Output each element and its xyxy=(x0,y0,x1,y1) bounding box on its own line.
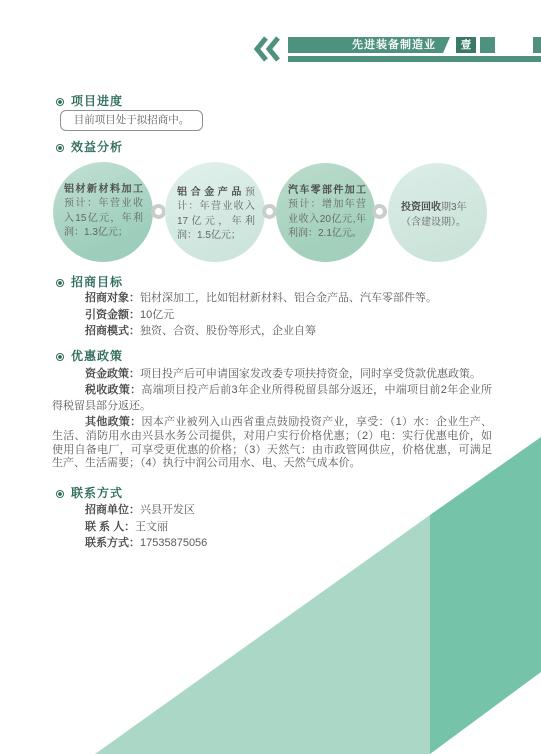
policy-row: 资金政策：项目投产后可申请国家发改委专项扶持资金，同时享受贷款优惠政策。 xyxy=(52,366,492,382)
section-benefit-analysis: 效益分析 xyxy=(56,141,123,154)
policy-tax-row: 税收政策：高端项目投产后前3年企业所得税留县部分返还，中端项目前2年企业所得税留… xyxy=(52,382,492,414)
policy-funding-row: 资金政策：项目投产后可申请国家发改委专项扶持资金，同时享受贷款优惠政策。 xyxy=(52,366,492,382)
section-project-progress: 项目进度 xyxy=(56,95,123,108)
header-square-decor xyxy=(480,37,495,53)
section-preferential-policies: 优惠政策 xyxy=(56,350,123,363)
section-contact-info: 联系方式 xyxy=(56,487,123,500)
target-row: 招商对象：铝材深加工，比如铝材新材料、铝合金产品、汽车零部件等。 xyxy=(52,290,492,307)
double-chevron-left-icon xyxy=(254,36,282,62)
section-title: 优惠政策 xyxy=(71,350,123,363)
section-bullet-icon xyxy=(56,279,64,287)
benefit-circle-text: 铝材新材料加工预计：年营业收入15亿元，年利润：1.3亿元； xyxy=(64,183,143,240)
progress-note-box: 目前项目处于拟招商中。 xyxy=(60,110,203,131)
circle-connector-ring-icon xyxy=(151,204,166,219)
header-stripe xyxy=(288,56,541,62)
contact-row-unit: 招商单位：兴县开发区 xyxy=(52,502,492,519)
investment-targets-rows: 招商对象：铝材深加工，比如铝材新材料、铝合金产品、汽车零部件等。 引资金额：10… xyxy=(52,290,492,340)
benefit-circle-text: 投资回收期3年（含建设期）。 xyxy=(401,200,479,230)
section-bullet-icon xyxy=(56,353,64,361)
section-bullet-icon xyxy=(56,490,64,498)
section-title: 联系方式 xyxy=(71,487,123,500)
benefit-circle-alloy-products: 铝合金产品预计：年营业收入17亿元，年利润：1.5亿元； xyxy=(165,162,265,262)
section-bullet-icon xyxy=(56,144,64,152)
section-title: 招商目标 xyxy=(71,276,123,289)
header-number-badge: 壹 xyxy=(456,37,476,53)
section-title: 效益分析 xyxy=(71,141,123,154)
circle-connector-ring-icon xyxy=(372,204,387,219)
policy-row: 其他政策：因本产业被列入山西省重点鼓励投资产业，享受：（1）水：企业生产、生活、… xyxy=(52,416,492,471)
target-row: 引资金额：10亿元 xyxy=(52,307,492,324)
benefit-circle-payback-period: 投资回收期3年（含建设期）。 xyxy=(388,163,487,262)
contact-row-phone: 联系方式：17535875056 xyxy=(52,535,492,552)
contact-phone-number: 17535875056 xyxy=(140,537,207,549)
header-square-edge-decor xyxy=(533,37,541,53)
policy-other-row: 其他政策：因本产业被列入山西省重点鼓励投资产业，享受：（1）水：企业生产、生活、… xyxy=(52,416,492,471)
contact-row-person: 联 系 人：王文丽 xyxy=(52,519,492,536)
contact-rows: 招商单位：兴县开发区 联 系 人：王文丽 联系方式：17535875056 xyxy=(52,502,492,552)
policy-row: 税收政策：高端项目投产后前3年企业所得税留县部分返还，中端项目前2年企业所得税留… xyxy=(52,382,492,414)
section-bullet-icon xyxy=(56,98,64,106)
document-page: 先进装备制造业 壹 项目进度 目前项目处于拟招商中。 效益分析 铝材新材料加工预… xyxy=(0,0,541,754)
target-row: 招商模式：独资、合资、股份等形式，企业自筹 xyxy=(52,323,492,340)
benefit-circle-aluminum-materials: 铝材新材料加工预计：年营业收入15亿元，年利润：1.3亿元； xyxy=(53,162,153,262)
benefit-circle-text: 汽车零部件加工预计：增加年营业收入20亿元,年利润：2.1亿元。 xyxy=(288,184,366,241)
circle-connector-ring-icon xyxy=(262,204,277,219)
section-investment-targets: 招商目标 xyxy=(56,276,123,289)
decor-parallelogram-dark xyxy=(430,437,541,754)
benefit-circle-auto-parts: 汽车零部件加工预计：增加年营业收入20亿元,年利润：2.1亿元。 xyxy=(276,163,375,262)
header-title: 先进装备制造业 xyxy=(352,37,450,53)
benefit-circle-text: 铝合金产品预计：年营业收入17亿元，年利润：1.5亿元； xyxy=(177,186,255,243)
progress-note: 目前项目处于拟招商中。 xyxy=(74,114,190,126)
section-title: 项目进度 xyxy=(71,95,123,108)
header-bar: 先进装备制造业 xyxy=(288,37,450,53)
